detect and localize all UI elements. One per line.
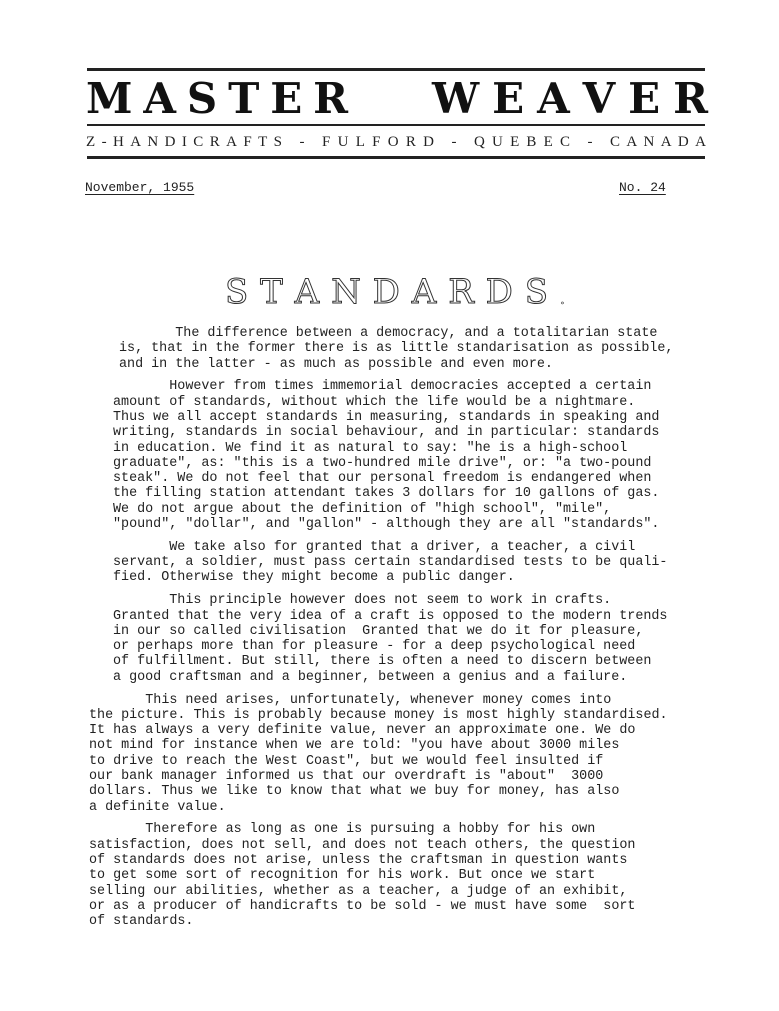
article-paragraph: Therefore as long as one is pursuing a h… [89, 822, 719, 929]
masthead-bottom-rule [87, 156, 705, 159]
article-line: graduate", as: "this is a two-hundred mi… [113, 456, 719, 471]
subtitle-segment: QUEBEC [474, 134, 570, 151]
article-line: our bank manager informed us that our ov… [89, 769, 719, 784]
headline-letter: A [295, 272, 320, 312]
masthead-letter: S [187, 74, 217, 123]
masthead-top-rule [87, 68, 705, 71]
article-line: the picture. This is probably because mo… [89, 708, 719, 723]
masthead-letter: R [673, 74, 708, 123]
article-line: or as a producer of handicrafts to be so… [89, 899, 719, 914]
article-paragraph: We take also for granted that a driver, … [113, 540, 719, 586]
article-line: "pound", "dollar", and "gallon" - althou… [113, 517, 719, 532]
article-line: fied. Otherwise they might become a publ… [113, 570, 719, 585]
article-line: selling our abilities, whether as a teac… [89, 884, 719, 899]
masthead-letter: R [313, 74, 348, 123]
masthead-title-word-2: WEAVER [432, 74, 708, 123]
subtitle-segment: CANADA [610, 134, 706, 151]
article-line: servant, a soldier, must pass certain st… [113, 555, 719, 570]
article-line: and in the latter - as much as possible … [119, 357, 719, 372]
masthead-letter: E [270, 74, 302, 123]
article-line: not mind for instance when we are told: … [89, 738, 719, 753]
masthead-letter: E [492, 74, 524, 123]
article-line: This need arises, unfortunately, wheneve… [89, 693, 719, 708]
article-line: We do not argue about the definition of … [113, 502, 719, 517]
masthead-letter: W [432, 74, 479, 123]
subtitle-separator: - [588, 134, 593, 151]
masthead-letter: M [86, 74, 133, 123]
article-line: It has always a very definite value, nev… [89, 723, 719, 738]
headline-letter: R [448, 272, 474, 312]
subtitle-separator: - [452, 134, 457, 151]
article-line: amount of standards, without which the l… [113, 395, 719, 410]
article-line: or perhaps more than for pleasure - for … [113, 639, 719, 654]
headline-letter: A [412, 272, 437, 312]
article-paragraph: However from times immemorial democracie… [113, 379, 719, 532]
headline-letter: D [486, 272, 513, 312]
article-line: the filling station attendant takes 3 do… [113, 486, 719, 501]
subtitle-separator: - [300, 134, 305, 151]
masthead-title: MASTER WEAVER [86, 76, 708, 120]
headline-letter: S [525, 272, 548, 312]
headline-letter: T [260, 272, 283, 312]
article-line: in education. We find it as natural to s… [113, 441, 719, 456]
masthead-subtitle: Z-HANDICRAFTS-FULFORD-QUEBEC-CANADA [86, 132, 706, 152]
article-line: of fulfillment. But still, there is ofte… [113, 654, 719, 669]
article-line: However from times immemorial democracie… [113, 379, 719, 394]
masthead-title-word-1: MASTER [86, 74, 348, 123]
article-line: satisfaction, does not sell, and does no… [89, 838, 719, 853]
article-line: We take also for granted that a driver, … [113, 540, 719, 555]
article-paragraph: This need arises, unfortunately, wheneve… [89, 693, 719, 815]
article-line: writing, standards in social behaviour, … [113, 425, 719, 440]
headline-letter: N [331, 272, 361, 312]
masthead-letter: A [537, 74, 570, 123]
article-headline: STANDARDS. [225, 272, 565, 312]
masthead-letter: E [628, 74, 660, 123]
article-line: The difference between a democracy, and … [119, 326, 719, 341]
subtitle-segment: Z-HANDICRAFTS [86, 134, 282, 151]
article-line: dollars. Thus we like to know that what … [89, 784, 719, 799]
issue-date: November, 1955 [85, 180, 194, 195]
article-line: a good craftsman and a beginner, between… [113, 670, 719, 685]
article-line: to get some sort of recognition for his … [89, 868, 719, 883]
masthead-letter: T [228, 74, 259, 123]
article-line: Therefore as long as one is pursuing a h… [89, 822, 719, 837]
article-line: is, that in the former there is as littl… [119, 341, 719, 356]
article-body: The difference between a democracy, and … [119, 326, 719, 937]
article-line: This principle however does not seem to … [113, 593, 719, 608]
article-paragraph: This principle however does not seem to … [113, 593, 719, 685]
article-line: steak". We do not feel that our personal… [113, 471, 719, 486]
headline-period: . [560, 289, 565, 308]
headline-letter: D [373, 272, 400, 312]
article-line: Thus we all accept standards in measurin… [113, 410, 719, 425]
article-line: of standards does not arise, unless the … [89, 853, 719, 868]
article-line: to drive to reach the West Coast", but w… [89, 754, 719, 769]
article-line: Granted that the very idea of a craft is… [113, 609, 719, 624]
article-paragraph: The difference between a democracy, and … [119, 326, 719, 372]
issue-number: No. 24 [619, 180, 666, 195]
article-line: a definite value. [89, 800, 719, 815]
article-line: of standards. [89, 914, 719, 929]
masthead-letter: V [583, 74, 616, 123]
article-line: in our so called civilisation Granted th… [113, 624, 719, 639]
headline-letter: S [225, 272, 248, 312]
masthead-letter: A [143, 74, 176, 123]
masthead-middle-rule [87, 124, 705, 126]
subtitle-segment: FULFORD [322, 134, 434, 151]
